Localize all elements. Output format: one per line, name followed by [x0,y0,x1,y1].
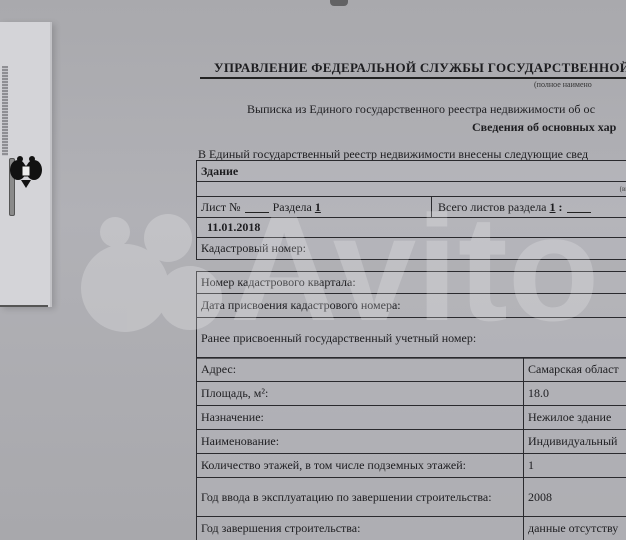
agency-note: (полное наимено [534,80,592,89]
assignment-date-label: Дата присвоения кадастрового номера: [201,298,401,313]
section-label: Раздела [273,200,312,215]
previous-number-label: Ранее присвоенный государственный учетны… [201,331,476,346]
agency-title: УПРАВЛЕНИЕ ФЕДЕРАЛЬНОЙ СЛУЖБЫ ГОСУДАРСТВ… [200,60,626,79]
commissioning-year-value: 2008 [524,478,626,517]
table-row: Площадь, м²: 18.0 [197,382,626,406]
total-sheets-label: Всего листов раздела [438,200,547,215]
info-row: Дата присвоения кадастрового номера: [197,294,626,318]
completion-year-value: данные отсутству [524,517,626,540]
address-value: Самарская област [524,358,626,382]
cadastral-quarter-label: Номер кадастрового квартала: [201,275,356,290]
table-row: Год завершения строительства: данные отс… [197,517,626,540]
table-row: Адрес: Самарская област [197,358,626,382]
cadastral-number-row: Кадастровый номер: [197,238,626,259]
commissioning-year-label: Год ввода в эксплуатацию по завершении с… [197,478,524,517]
floors-value: 1 [524,454,626,478]
floors-label: Количество этажей, в том числе подземных… [197,454,524,478]
extract-title: Выписка из Единого государственного реес… [247,102,595,117]
section-value: 1 [315,200,321,215]
total-sheets-sep: : [559,200,563,215]
sheet-cell: Лист № Раздела 1 [197,197,432,217]
extract-date: 11.01.2018 [207,220,260,235]
total-sheets-cell: Всего листов раздела 1 : [432,200,595,215]
folder-edge [0,305,48,307]
sheet-row: Лист № Раздела 1 Всего листов раздела 1 … [197,197,626,218]
area-label: Площадь, м²: [197,382,524,406]
object-type-row: Здание [197,161,626,182]
coat-of-arms-icon [6,154,46,190]
date-row: 11.01.2018 [197,218,626,238]
area-value: 18.0 [524,382,626,406]
info-row: Ранее присвоенный государственный учетны… [197,318,626,358]
name-value: Индивидуальный [524,430,626,454]
table-row: Количество этажей, в том числе подземных… [197,454,626,478]
total-sheets-value: 1 [550,200,556,215]
table-row: Наименование: Индивидуальный [197,430,626,454]
info-row: Номер кадастрового квартала: [197,272,626,294]
table-row: Назначение: Нежилое здание [197,406,626,430]
folder-vertical-text [2,66,8,156]
total-sheets-blank [567,202,591,213]
object-box: Здание (ви Лист № Раздела 1 Всего листов… [196,160,626,260]
object-type: Здание [201,164,238,179]
sheet-label: Лист № [201,200,241,215]
extract-subtitle: Сведения об основных хар [472,120,616,135]
purpose-label: Назначение: [197,406,524,430]
clip-mark [330,0,348,6]
address-label: Адрес: [197,358,524,382]
object-type-note-row: (ви [197,182,626,197]
table-row: Год ввода в эксплуатацию по завершении с… [197,478,626,517]
sheet-number-blank [245,202,269,213]
info-box: Номер кадастрового квартала: Дата присво… [196,271,626,359]
name-label: Наименование: [197,430,524,454]
completion-year-label: Год завершения строительства: [197,517,524,540]
characteristics-table: Адрес: Самарская област Площадь, м²: 18.… [196,357,626,540]
cadastral-number-label: Кадастровый номер: [201,241,306,256]
object-type-note: (ви [620,185,626,193]
purpose-value: Нежилое здание [524,406,626,430]
